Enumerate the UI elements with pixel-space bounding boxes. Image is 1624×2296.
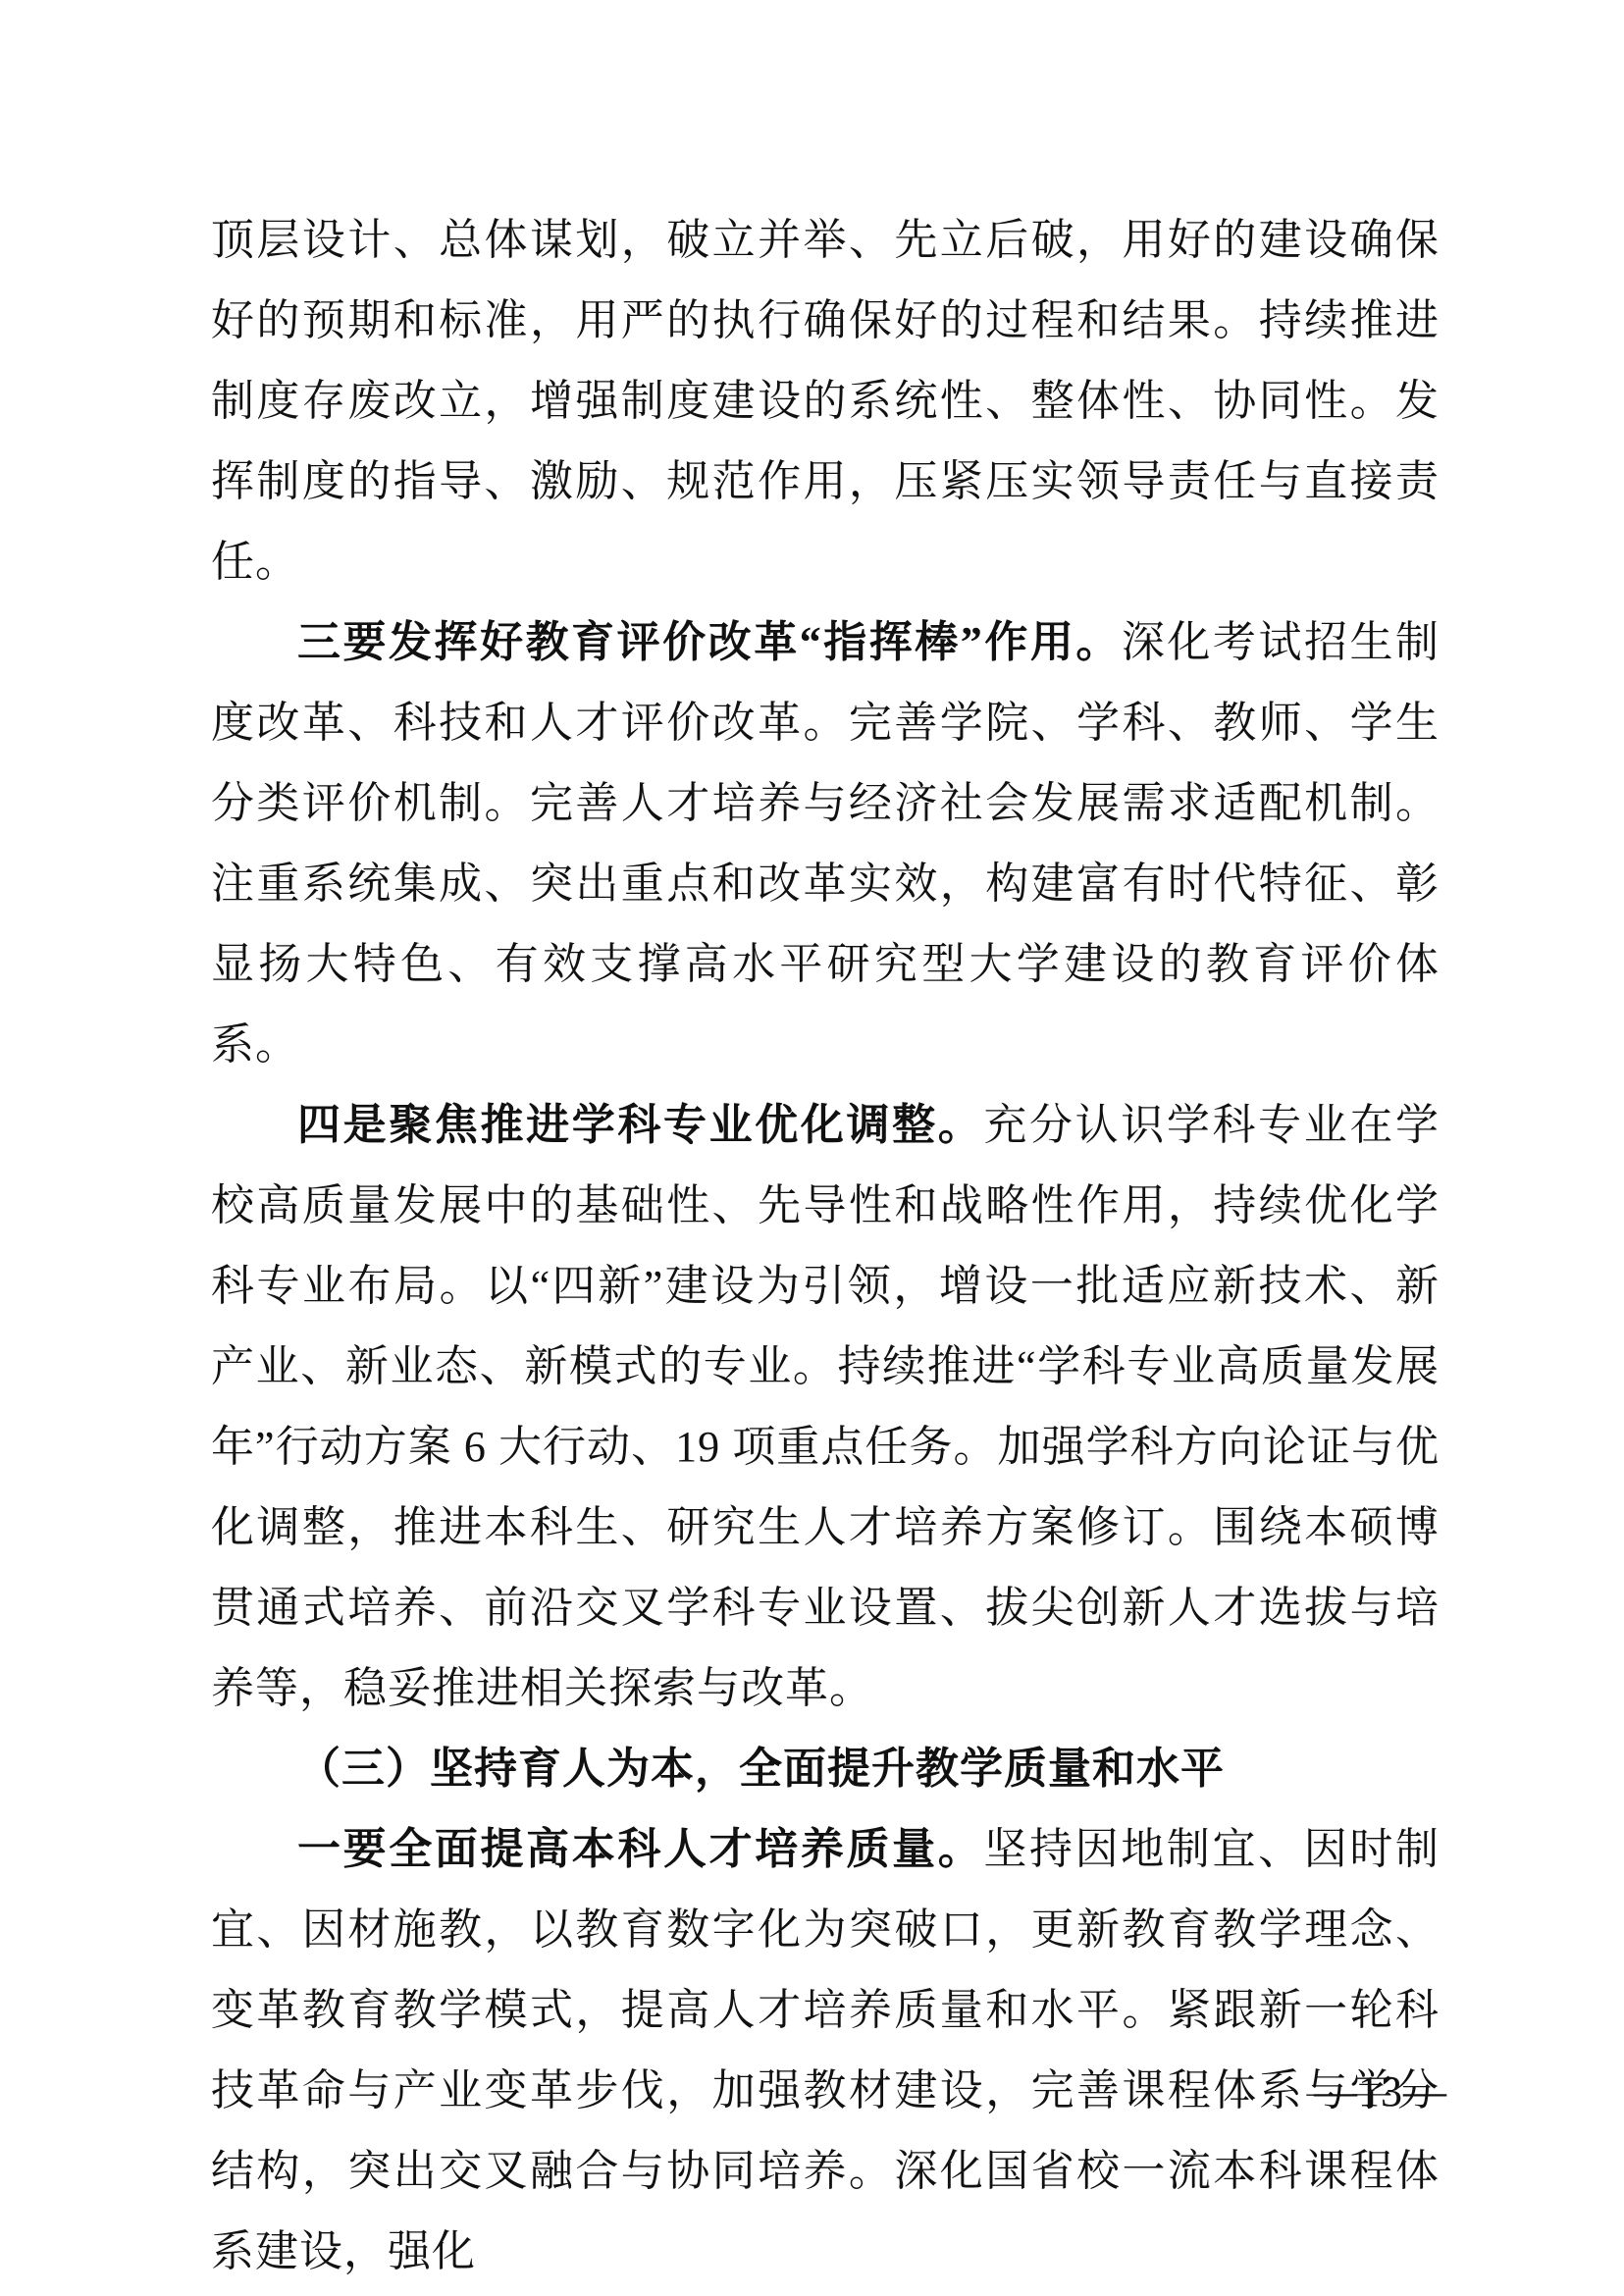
paragraph-text: 坚持因地制宜、因时制宜、因材施教，以教育数字化为突破口，更新教育教学理念、变革教… xyxy=(211,1825,1440,2275)
page-number: —13— xyxy=(1314,2066,1447,2117)
paragraph-text: 顶层设计、总体谋划，破立并举、先立后破，用好的建设确保好的预期和标准，用严的执行… xyxy=(211,216,1440,586)
paragraph-point-four: 四是聚焦推进学科专业优化调整。充分认识学科专业在学校高质量发展中的基础性、先导性… xyxy=(211,1085,1440,1729)
document-body: 顶层设计、总体谋划，破立并举、先立后破，用好的建设确保好的预期和标准，用严的执行… xyxy=(211,200,1440,2292)
paragraph-text: 深化考试招生制度改革、科技和人才评价改革。完善学院、学科、教师、学生分类评价机制… xyxy=(211,618,1440,1069)
paragraph-continuation: 顶层设计、总体谋划，破立并举、先立后破，用好的建设确保好的预期和标准，用严的执行… xyxy=(211,200,1440,602)
section-heading-text: （三）坚持育人为本，全面提升教学质量和水平 xyxy=(297,1745,1225,1793)
paragraph-point-three: 三要发挥好教育评价改革“指挥棒”作用。深化考试招生制度改革、科技和人才评价改革。… xyxy=(211,602,1440,1085)
paragraph-point-one: 一要全面提高本科人才培养质量。坚持因地制宜、因时制宜、因材施教，以教育数字化为突… xyxy=(211,1809,1440,2292)
section-heading-three: （三）坚持育人为本，全面提升教学质量和水平 xyxy=(211,1729,1440,1809)
paragraph-bold-lead: 四是聚焦推进学科专业优化调整。 xyxy=(297,1101,983,1149)
paragraph-text: 充分认识学科专业在学校高质量发展中的基础性、先导性和战略性作用，持续优化学科专业… xyxy=(211,1101,1440,1712)
paragraph-bold-lead: 三要发挥好教育评价改革“指挥棒”作用。 xyxy=(297,618,1122,666)
document-page: 顶层设计、总体谋划，破立并举、先立后破，用好的建设确保好的预期和标准，用严的执行… xyxy=(0,0,1624,2296)
paragraph-bold-lead: 一要全面提高本科人才培养质量。 xyxy=(297,1825,983,1873)
